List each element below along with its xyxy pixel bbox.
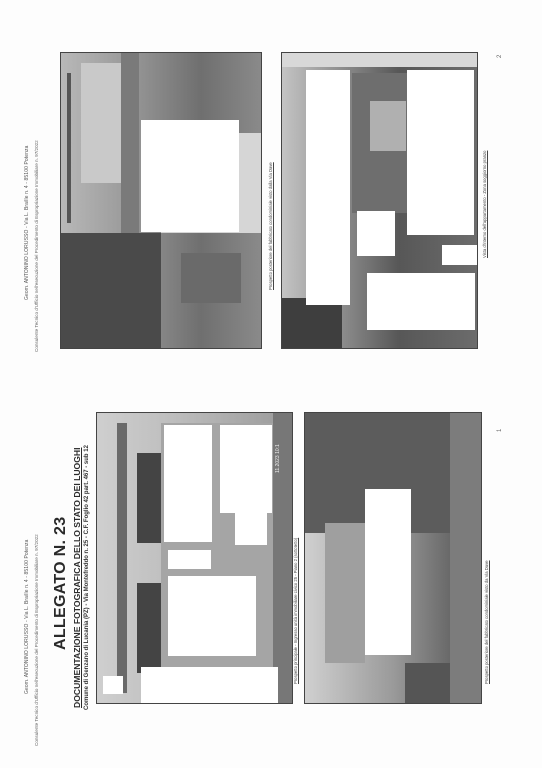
page-1: Geom. ANTONINO LORUSSO - Via L. Braille … [0, 384, 542, 768]
photo-1-caption: Prospetto principale - Ingresso unità im… [293, 538, 298, 684]
redaction-box [168, 576, 256, 656]
redaction-box [367, 273, 475, 330]
photo-main-facade: 11.2023 10:1 [96, 412, 293, 704]
header-line-2: Consulente Tecnico d'Ufficio nell'esecuz… [34, 140, 39, 352]
redaction-box [164, 425, 212, 542]
redaction-box [168, 550, 211, 569]
redaction-box [103, 676, 123, 694]
redaction-box [357, 211, 395, 256]
redaction-box [365, 489, 411, 655]
photo-interior-living [281, 52, 478, 349]
header-line-1: Geom. ANTONINO LORUSSO - Via L. Braille … [24, 146, 30, 301]
header-line-1: Geom. ANTONINO LORUSSO - Via L. Braille … [24, 540, 30, 695]
photo-exterior-street [60, 52, 262, 349]
redaction-box [407, 70, 474, 235]
document-subtitle: DOCUMENTAZIONE FOTOGRAFICA DELLO STATO D… [72, 447, 82, 708]
photo-timestamp: 11.2023 10:1 [275, 444, 281, 473]
redaction-box [306, 70, 350, 305]
redaction-box [442, 245, 477, 265]
redaction-box [220, 425, 272, 513]
document-title: ALLEGATO N. 23 [52, 517, 70, 650]
redaction-box [141, 120, 239, 232]
page-2: Geom. ANTONINO LORUSSO - Via L. Braille … [0, 0, 542, 384]
photo-2-caption: Prospetto posteriore del fabbricato cond… [484, 560, 489, 684]
redaction-box [141, 667, 278, 704]
photo-4-caption: Vista d'interno dell'appartamento - Zona… [482, 151, 487, 258]
page-number: 2 [497, 55, 503, 58]
location-line: Comune di Genzano di Lucania (PZ) - Via … [84, 445, 90, 710]
page-number: 1 [497, 429, 503, 432]
redaction-box [235, 513, 267, 545]
photo-3-caption: Prospetto posteriore del fabbricato cond… [268, 162, 273, 290]
photo-rear-building [304, 412, 482, 704]
header-line-2: Consulente Tecnico d'Ufficio nell'esecuz… [34, 534, 39, 746]
